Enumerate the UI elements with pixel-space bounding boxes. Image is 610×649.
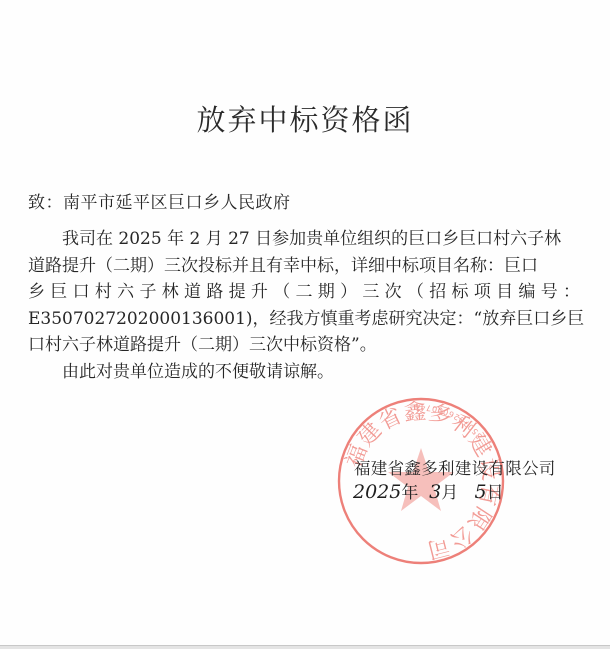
signatory-company: 福建省鑫多利建设有限公司 bbox=[354, 455, 556, 479]
signature-date: 2025年 3月 5日 bbox=[353, 478, 504, 503]
closing-line: 由此对贵单位造成的不便敬请谅解。 bbox=[28, 359, 580, 386]
day-label: 日 bbox=[487, 483, 504, 503]
handwritten-month: 3 bbox=[429, 481, 441, 503]
body-line: E3507027202000136001)，经我方慎重考虑研究决定：“放弃巨口乡… bbox=[28, 306, 580, 333]
letter-body: 我司在 2025 年 2 月 27 日参加贵单位组织的巨口乡巨口村六子林 道路提… bbox=[28, 226, 580, 386]
month-label: 月 bbox=[441, 483, 458, 503]
body-line: 道路提升（二期）三次投标并且有幸中标，详细中标项目名称：巨口 bbox=[28, 253, 580, 280]
page-bottom-edge bbox=[0, 645, 610, 649]
document-title: 放弃中标资格函 bbox=[0, 98, 610, 139]
document-page: 放弃中标资格函 致：南平市延平区巨口乡人民政府 我司在 2025 年 2 月 2… bbox=[0, 0, 610, 645]
body-line: 我司在 2025 年 2 月 27 日参加贵单位组织的巨口乡巨口村六子林 bbox=[28, 226, 580, 253]
body-line: 口村六子林道路提升（二期）三次中标资格”。 bbox=[28, 332, 580, 359]
handwritten-day: 5 bbox=[474, 481, 486, 503]
addressee: 致：南平市延平区巨口乡人民政府 bbox=[28, 188, 291, 213]
body-line: 乡巨口村六子林道路提升（二期）三次（招标项目编号： bbox=[28, 279, 580, 306]
handwritten-year: 2025 bbox=[353, 481, 401, 503]
year-label: 年 bbox=[401, 483, 418, 503]
